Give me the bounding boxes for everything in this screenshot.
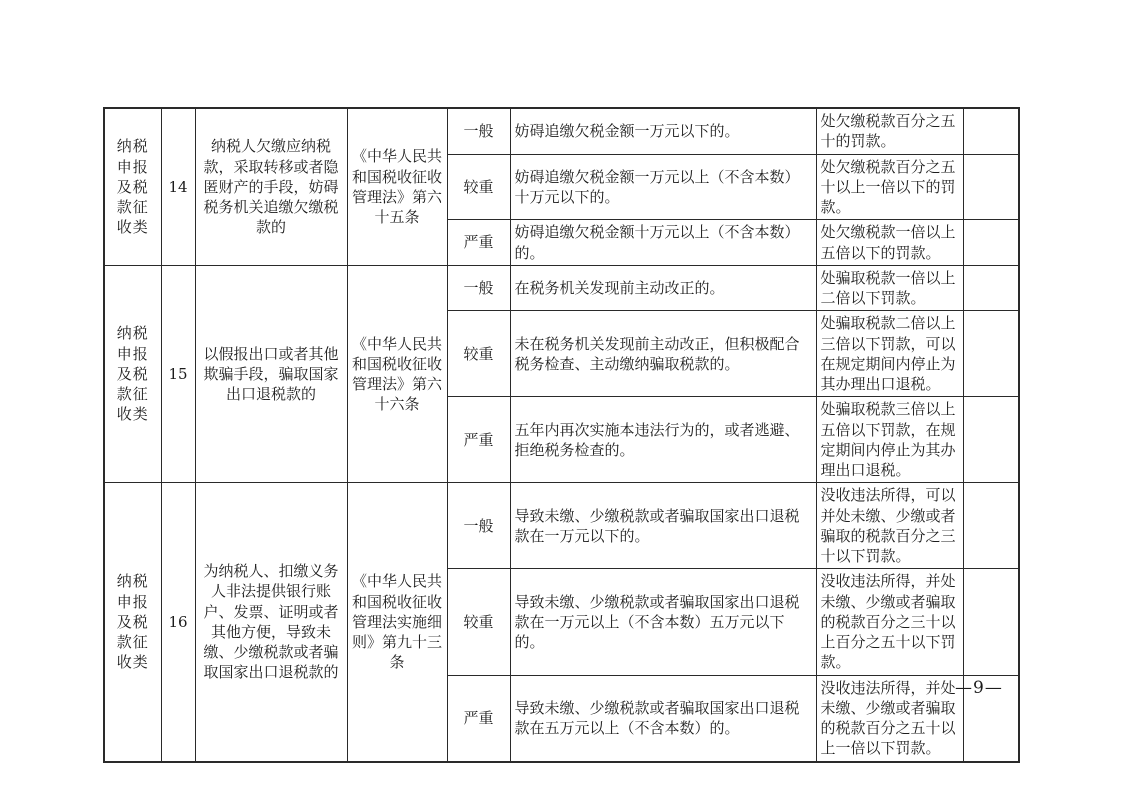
violation-cell: 为纳税人、扣缴义务人非法提供银行账户、发票、证明或者其他方便，导致未缴、少缴税款… (195, 483, 347, 762)
penalty-cell: 没收违法所得，并处未缴、少缴或者骗取的税款百分之三十以上百分之五十以下罚款。 (816, 569, 963, 675)
legal-basis-cell: 《中华人民共和国税收征收管理法》第六十五条 (347, 108, 447, 265)
circumstance-cell: 妨碍追缴欠税金额一万元以上（不含本数）十万元以下的。 (510, 154, 816, 220)
severity-cell: 一般 (447, 265, 510, 311)
empty-cell (963, 569, 1019, 675)
circumstance-cell: 导致未缴、少缴税款或者骗取国家出口退税款在一万元以上（不含本数）五万元以下的。 (510, 569, 816, 675)
empty-cell (963, 220, 1019, 266)
penalty-cell: 处欠缴税款百分之五十的罚款。 (816, 108, 963, 154)
category-cell: 纳税申报及税款征收类 (104, 108, 161, 265)
tax-penalty-table: 纳税申报及税款征收类 14 纳税人欠缴应纳税款，采取转移或者隐匿财产的手段，妨碍… (103, 107, 1020, 763)
empty-cell (963, 154, 1019, 220)
penalty-cell: 处欠缴税款百分之五十以上一倍以下的罚款。 (816, 154, 963, 220)
penalty-cell: 处欠缴税款一倍以上五倍以下的罚款。 (816, 220, 963, 266)
circumstance-cell: 未在税务机关发现前主动改正，但积极配合税务检查、主动缴纳骗取税款的。 (510, 311, 816, 397)
severity-cell: 较重 (447, 154, 510, 220)
penalty-cell: 处骗取税款二倍以上三倍以下罚款，可以在规定期间内停止为其办理出口退税。 (816, 311, 963, 397)
table-row: 纳税申报及税款征收类 16 为纳税人、扣缴义务人非法提供银行账户、发票、证明或者… (104, 483, 1019, 569)
number-cell: 15 (161, 265, 195, 483)
document-page: 纳税申报及税款征收类 14 纳税人欠缴应纳税款，采取转移或者隐匿财产的手段，妨碍… (0, 0, 1122, 793)
empty-cell (963, 108, 1019, 154)
circumstance-cell: 导致未缴、少缴税款或者骗取国家出口退税款在五万元以上（不含本数）的。 (510, 675, 816, 762)
empty-cell (963, 397, 1019, 483)
severity-cell: 严重 (447, 220, 510, 266)
empty-cell (963, 483, 1019, 569)
circumstance-cell: 妨碍追缴欠税金额十万元以上（不含本数）的。 (510, 220, 816, 266)
table-row: 纳税申报及税款征收类 15 以假报出口或者其他欺骗手段，骗取国家出口退税款的 《… (104, 265, 1019, 311)
empty-cell (963, 311, 1019, 397)
table-row: 纳税申报及税款征收类 14 纳税人欠缴应纳税款，采取转移或者隐匿财产的手段，妨碍… (104, 108, 1019, 154)
category-cell: 纳税申报及税款征收类 (104, 483, 161, 762)
legal-basis-cell: 《中华人民共和国税收征收管理法实施细则》第九十三条 (347, 483, 447, 762)
penalty-cell: 处骗取税款三倍以上五倍以下罚款，在规定期间内停止为其办理出口退税。 (816, 397, 963, 483)
circumstance-cell: 妨碍追缴欠税金额一万元以下的。 (510, 108, 816, 154)
penalty-cell: 没收违法所得，可以并处未缴、少缴或者骗取的税款百分之三十以下罚款。 (816, 483, 963, 569)
circumstance-cell: 在税务机关发现前主动改正的。 (510, 265, 816, 311)
severity-cell: 较重 (447, 311, 510, 397)
penalty-cell: 处骗取税款一倍以上二倍以下罚款。 (816, 265, 963, 311)
category-cell: 纳税申报及税款征收类 (104, 265, 161, 483)
violation-cell: 纳税人欠缴应纳税款，采取转移或者隐匿财产的手段，妨碍税务机关追缴欠缴税款的 (195, 108, 347, 265)
violation-cell: 以假报出口或者其他欺骗手段，骗取国家出口退税款的 (195, 265, 347, 483)
severity-cell: 严重 (447, 397, 510, 483)
legal-basis-cell: 《中华人民共和国税收征收管理法》第六十六条 (347, 265, 447, 483)
severity-cell: 一般 (447, 108, 510, 154)
severity-cell: 严重 (447, 675, 510, 762)
circumstance-cell: 五年内再次实施本违法行为的，或者逃避、拒绝税务检查的。 (510, 397, 816, 483)
page-number: —9— (955, 678, 1003, 698)
number-cell: 14 (161, 108, 195, 265)
penalty-cell: 没收违法所得，并处未缴、少缴或者骗取的税款百分之五十以上一倍以下罚款。 (816, 675, 963, 762)
circumstance-cell: 导致未缴、少缴税款或者骗取国家出口退税款在一万元以下的。 (510, 483, 816, 569)
empty-cell (963, 265, 1019, 311)
severity-cell: 一般 (447, 483, 510, 569)
severity-cell: 较重 (447, 569, 510, 675)
number-cell: 16 (161, 483, 195, 762)
